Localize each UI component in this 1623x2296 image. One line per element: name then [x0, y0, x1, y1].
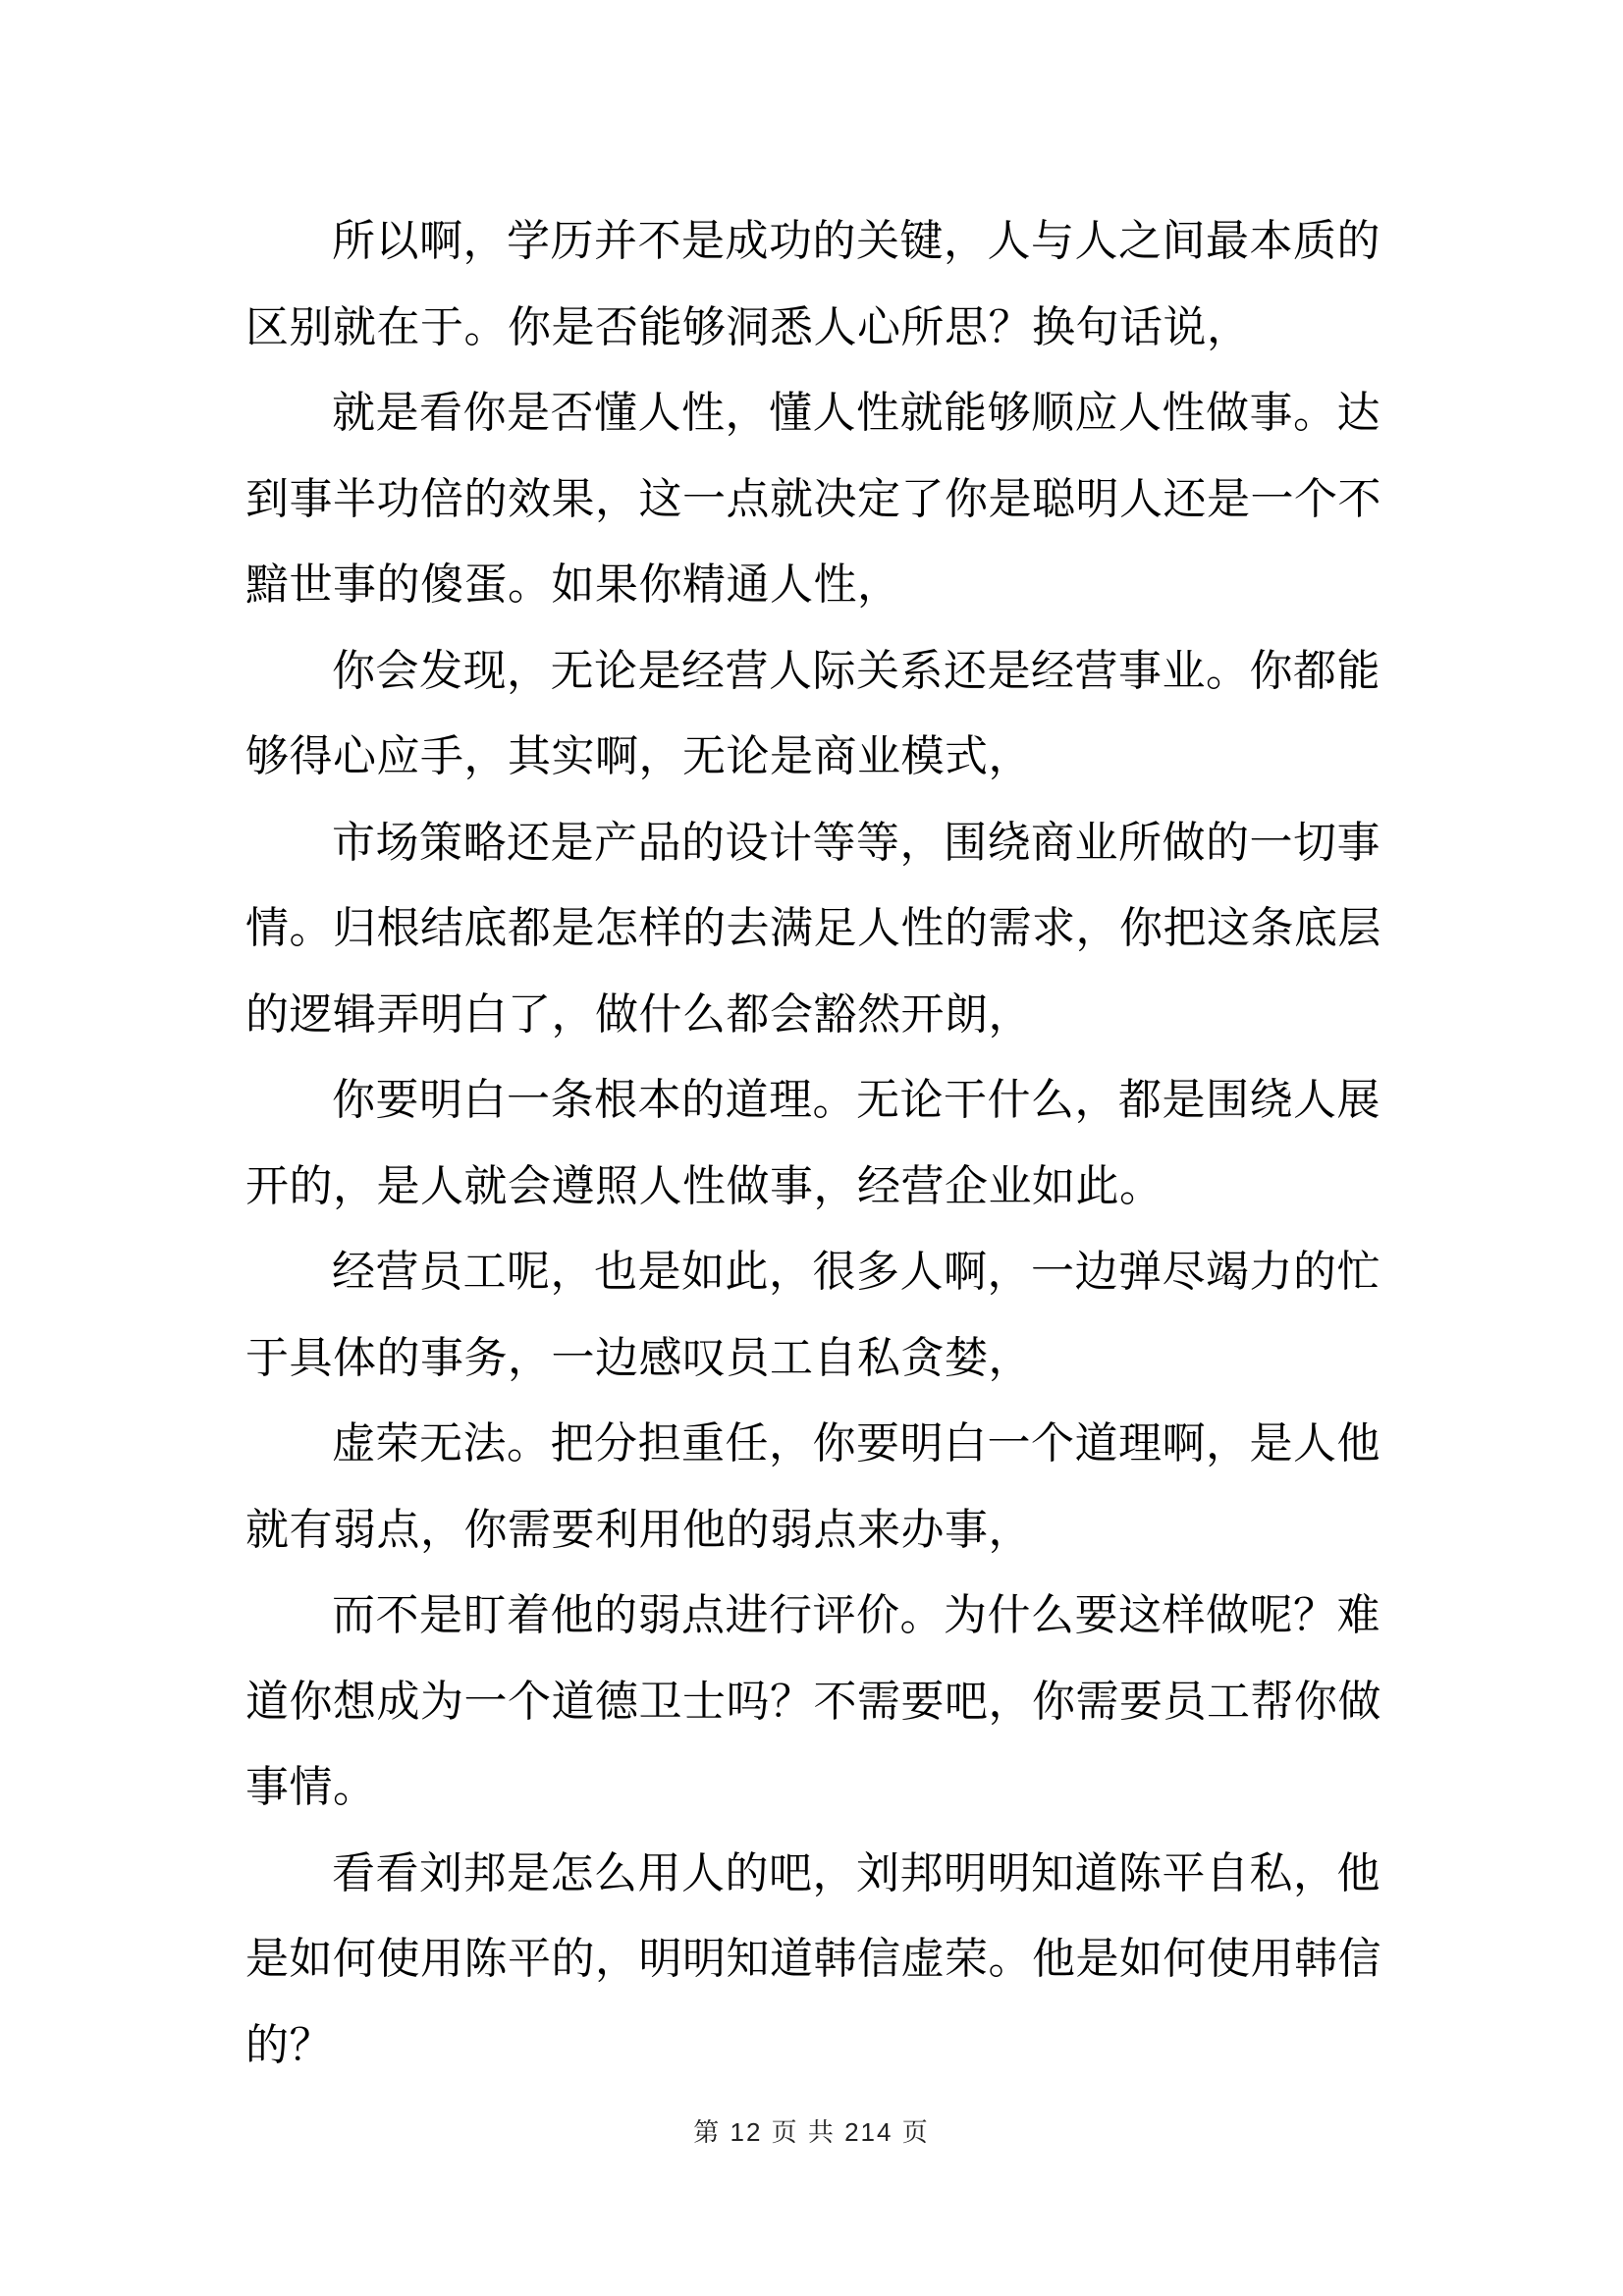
document-page: 所以啊，学历并不是成功的关键，人与人之间最本质的区别就在于。你是否能够洞悉人心所… [0, 0, 1623, 2296]
text-line: 够得心应手，其实啊，无论是商业模式， [245, 714, 1394, 800]
paragraph-first-line: 虚荣无法。把分担重任，你要明白一个道理啊，是人他 [245, 1401, 1394, 1487]
text-line: 黯世事的傻蛋。如果你精通人性， [245, 542, 1394, 628]
text-line: 就有弱点，你需要利用他的弱点来办事， [245, 1487, 1394, 1574]
paragraph-first-line: 看看刘邦是怎么用人的吧，刘邦明明知道陈平自私，他 [245, 1831, 1394, 1917]
text-line: 到事半功倍的效果，这一点就决定了你是聪明人还是一个不 [245, 456, 1394, 543]
text-line: 的逻辑弄明白了，做什么都会豁然开朗， [245, 972, 1394, 1058]
text-line: 区别就在于。你是否能够洞悉人心所思？换句话说， [245, 285, 1394, 371]
text-line: 的？ [245, 2002, 1394, 2089]
text-line: 情。归根结底都是怎样的去满足人性的需求，你把这条底层 [245, 885, 1394, 972]
text-line: 是如何使用陈平的，明明知道韩信虚荣。他是如何使用韩信 [245, 1916, 1394, 2002]
paragraph-first-line: 你要明白一条根本的道理。无论干什么，都是围绕人展 [245, 1057, 1394, 1144]
document-body: 所以啊，学历并不是成功的关键，人与人之间最本质的区别就在于。你是否能够洞悉人心所… [245, 198, 1394, 2088]
text-line: 于具体的事务，一边感叹员工自私贪婪， [245, 1315, 1394, 1402]
paragraph-first-line: 而不是盯着他的弱点进行评价。为什么要这样做呢？难 [245, 1573, 1394, 1659]
paragraph-first-line: 就是看你是否懂人性，懂人性就能够顺应人性做事。达 [245, 370, 1394, 456]
paragraph-first-line: 所以啊，学历并不是成功的关键，人与人之间最本质的 [245, 198, 1394, 285]
paragraph-first-line: 经营员工呢，也是如此，很多人啊，一边弹尽竭力的忙 [245, 1229, 1394, 1315]
text-line: 道你想成为一个道德卫士吗？不需要吧，你需要员工帮你做 [245, 1659, 1394, 1745]
text-line: 开的，是人就会遵照人性做事，经营企业如此。 [245, 1144, 1394, 1230]
text-line: 事情。 [245, 1744, 1394, 1831]
paragraph-first-line: 市场策略还是产品的设计等等，围绕商业所做的一切事 [245, 800, 1394, 886]
paragraph-first-line: 你会发现，无论是经营人际关系还是经营事业。你都能 [245, 628, 1394, 715]
page-footer: 第 12 页 共 214 页 [0, 2114, 1623, 2150]
page-number-label: 第 12 页 共 214 页 [693, 2117, 929, 2147]
